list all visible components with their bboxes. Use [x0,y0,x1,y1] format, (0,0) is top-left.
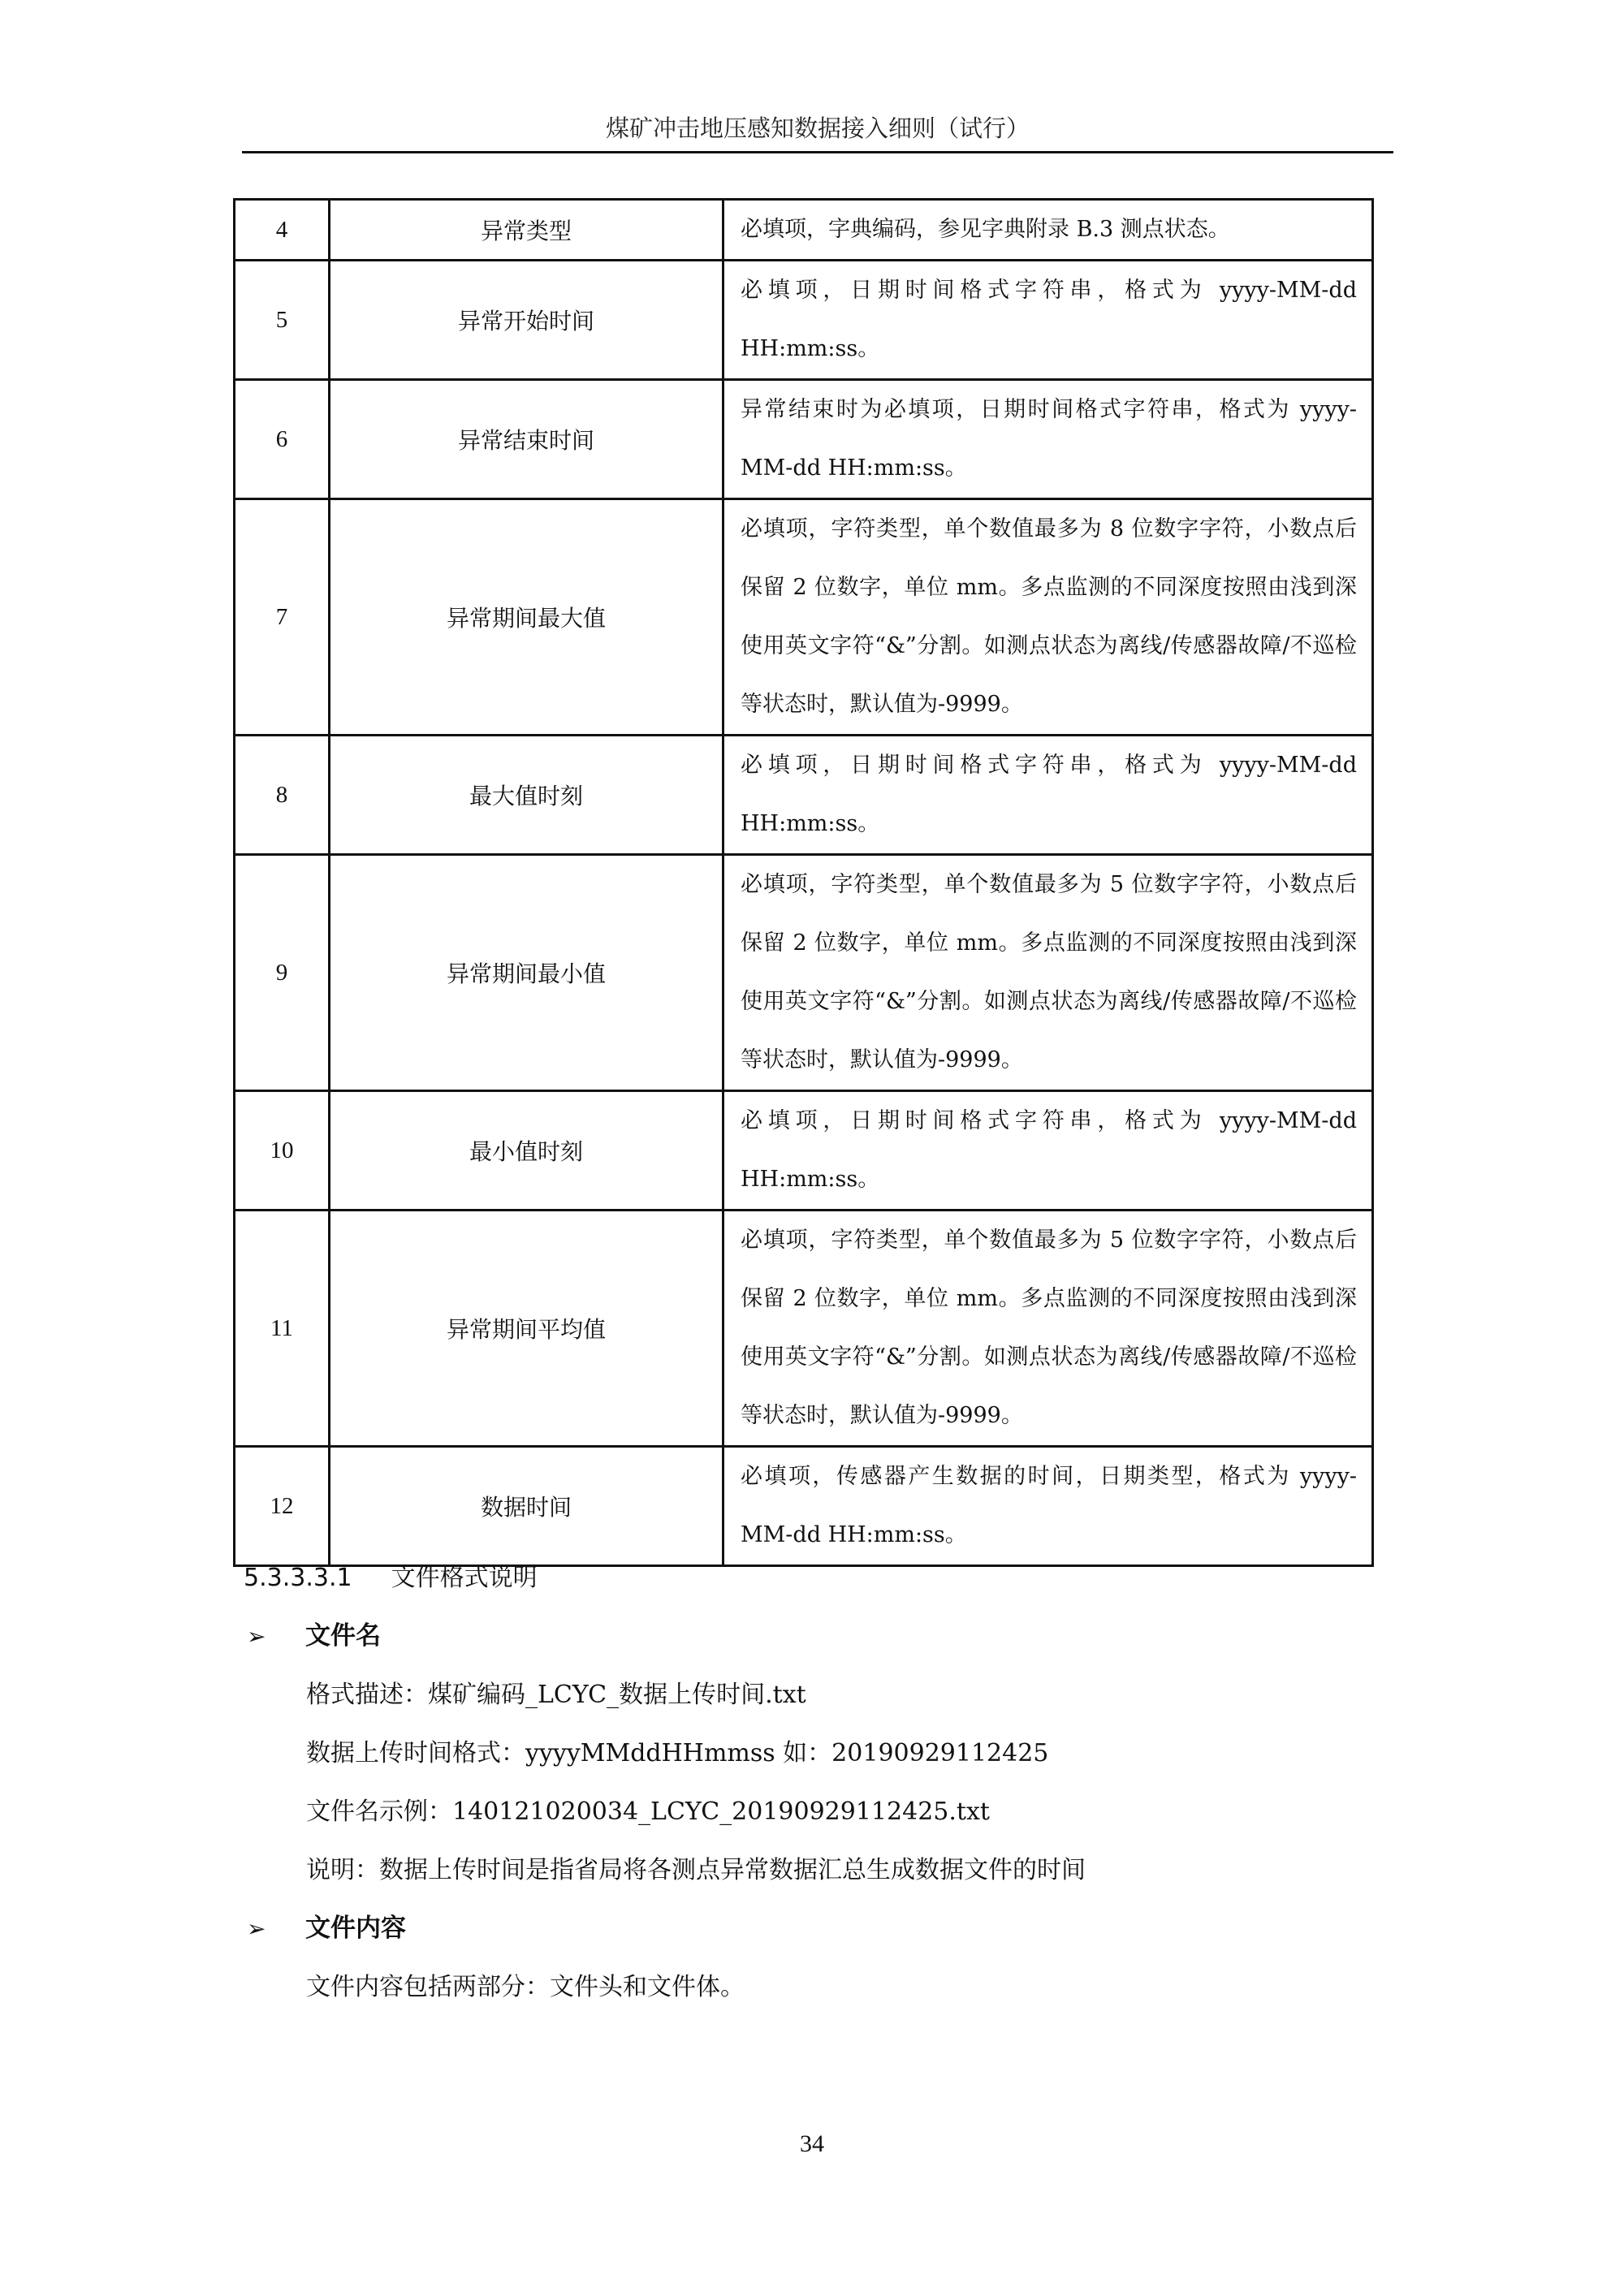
table-row: 6 异常结束时间 异常结束时为必填项，日期时间格式字符串，格式为 yyyy-MM… [235,380,1373,499]
section-heading: 5.3.3.3.1文件格式说明 [244,1560,538,1596]
row-number: 5 [235,261,330,380]
row-number: 12 [235,1447,330,1566]
bullet-file-content: ➢文件内容 [247,1910,406,1947]
field-name: 异常期间平均值 [330,1211,723,1447]
field-description: 必填项，传感器产生数据的时间，日期类型，格式为 yyyy-MM-dd HH:mm… [723,1447,1373,1566]
arrow-bullet-icon: ➢ [247,1619,305,1655]
field-description: 必填项，字典编码，参见字典附录 B.3 测点状态。 [723,200,1373,261]
paragraph: 说明：数据上传时间是指省局将各测点异常数据汇总生成数据文件的时间 [306,1853,1086,1888]
section-number: 5.3.3.3.1 [244,1564,352,1592]
field-name: 异常期间最大值 [330,499,723,736]
field-name: 异常类型 [330,200,723,261]
row-number: 10 [235,1091,330,1211]
field-name: 最大值时刻 [330,736,723,855]
row-number: 11 [235,1211,330,1447]
paragraph: 文件内容包括两部分：文件头和文件体。 [306,1970,745,2005]
table-row: 12 数据时间 必填项，传感器产生数据的时间，日期类型，格式为 yyyy-MM-… [235,1447,1373,1566]
table-row: 9 异常期间最小值 必填项，字符类型，单个数值最多为 5 位数字字符，小数点后保… [235,855,1373,1091]
field-spec-table: 4 异常类型 必填项，字典编码，参见字典附录 B.3 测点状态。 5 异常开始时… [233,198,1374,1567]
table-row: 11 异常期间平均值 必填项，字符类型，单个数值最多为 5 位数字字符，小数点后… [235,1211,1373,1447]
row-number: 9 [235,855,330,1091]
field-name: 异常期间最小值 [330,855,723,1091]
table-row: 10 最小值时刻 必填项，日期时间格式字符串，格式为 yyyy-MM-dd HH… [235,1091,1373,1211]
row-number: 8 [235,736,330,855]
bullet-file-name: ➢文件名 [247,1618,381,1655]
field-description: 必填项，字符类型，单个数值最多为 5 位数字字符，小数点后保留 2 位数字，单位… [723,855,1373,1091]
section-title: 文件格式说明 [391,1564,538,1592]
row-number: 4 [235,200,330,261]
field-description: 必填项，字符类型，单个数值最多为 8 位数字字符，小数点后保留 2 位数字，单位… [723,499,1373,736]
table-row: 4 异常类型 必填项，字典编码，参见字典附录 B.3 测点状态。 [235,200,1373,261]
table-row: 8 最大值时刻 必填项，日期时间格式字符串，格式为 yyyy-MM-dd HH:… [235,736,1373,855]
row-number: 7 [235,499,330,736]
row-number: 6 [235,380,330,499]
bullet-title: 文件名 [305,1621,381,1651]
field-description: 必填项，日期时间格式字符串，格式为 yyyy-MM-dd HH:mm:ss。 [723,261,1373,380]
header-rule [242,151,1393,153]
field-name: 异常开始时间 [330,261,723,380]
page-number: 34 [0,2130,1624,2158]
running-header: 煤矿冲击地压感知数据接入细则（试行） [242,112,1393,145]
field-description: 异常结束时为必填项，日期时间格式字符串，格式为 yyyy-MM-dd HH:mm… [723,380,1373,499]
paragraph: 文件名示例：140121020034_LCYC_20190929112425.t… [306,1794,990,1830]
field-description: 必填项，字符类型，单个数值最多为 5 位数字字符，小数点后保留 2 位数字，单位… [723,1211,1373,1447]
table-row: 5 异常开始时间 必填项，日期时间格式字符串，格式为 yyyy-MM-dd HH… [235,261,1373,380]
field-name: 异常结束时间 [330,380,723,499]
field-description: 必填项，日期时间格式字符串，格式为 yyyy-MM-dd HH:mm:ss。 [723,736,1373,855]
paragraph: 格式描述：煤矿编码_LCYC_数据上传时间.txt [306,1677,806,1713]
field-name: 数据时间 [330,1447,723,1566]
paragraph: 数据上传时间格式：yyyyMMddHHmmss 如：20190929112425 [306,1736,1048,1772]
table-row: 7 异常期间最大值 必填项，字符类型，单个数值最多为 8 位数字字符，小数点后保… [235,499,1373,736]
bullet-title: 文件内容 [305,1914,406,1943]
arrow-bullet-icon: ➢ [247,1911,305,1947]
field-description: 必填项，日期时间格式字符串，格式为 yyyy-MM-dd HH:mm:ss。 [723,1091,1373,1211]
field-name: 最小值时刻 [330,1091,723,1211]
